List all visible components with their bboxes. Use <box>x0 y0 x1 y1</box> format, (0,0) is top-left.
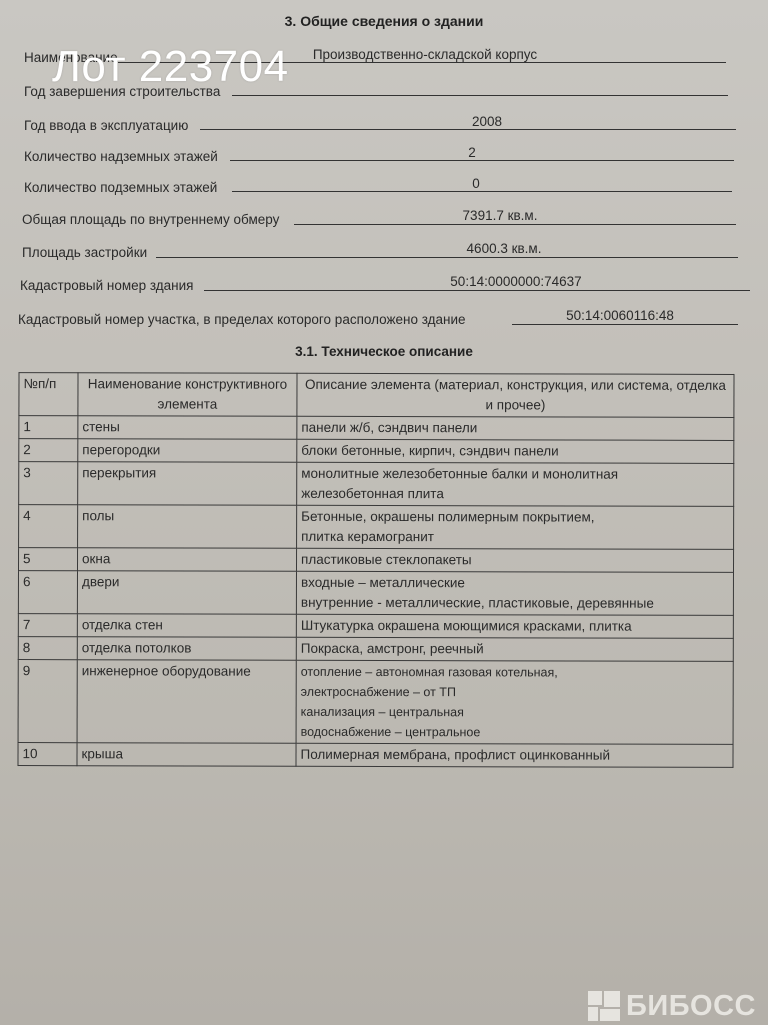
row-number: 10 <box>18 743 77 766</box>
row-element-name: стены <box>78 416 297 440</box>
row-description: отопление – автономная газовая котельная… <box>296 660 733 744</box>
row-element-name: окна <box>77 548 296 572</box>
field-label: Год ввода в эксплуатацию <box>24 118 188 133</box>
row-number: 3 <box>19 462 78 505</box>
field-value: 2 <box>372 145 572 160</box>
row-description: Полимерная мембрана, профлист оцинкованн… <box>296 743 733 767</box>
description-line: пластиковые стеклопакеты <box>301 550 729 571</box>
field-label: Количество надземных этажей <box>24 149 218 164</box>
field-value: 50:14:0060116:48 <box>520 308 720 323</box>
field-label: Общая площадь по внутреннему обмеру <box>22 212 279 227</box>
row-element-name: перекрытия <box>78 462 297 506</box>
row-element-name: полы <box>78 505 297 549</box>
subsection-title: 3.1. Техническое описание <box>0 344 768 359</box>
table-row: 5окнапластиковые стеклопакеты <box>18 548 733 573</box>
row-number: 5 <box>18 548 77 571</box>
field-underline <box>204 290 750 291</box>
row-description: входные – металлическиевнутренние - мета… <box>296 571 733 615</box>
row-number: 4 <box>19 505 78 548</box>
field-value: 7391.7 кв.м. <box>400 208 600 223</box>
field-underline <box>232 191 732 192</box>
description-line: плитка керамогранит <box>301 527 729 548</box>
description-line: отопление – автономная газовая котельная… <box>301 662 729 683</box>
biboss-logo: БИБОСС <box>588 991 756 1021</box>
field-underline <box>232 95 728 96</box>
field-above-ground-floors: Количество надземных этажей 2 <box>0 149 768 171</box>
lot-watermark: Лот 223704 <box>52 42 289 92</box>
row-number: 1 <box>19 416 78 439</box>
field-underline <box>230 160 734 161</box>
field-underline <box>512 324 738 325</box>
field-underline <box>200 129 736 130</box>
description-line: Штукатурка окрашена моющимися красками, … <box>301 616 729 637</box>
row-number: 8 <box>18 637 77 660</box>
table-row: 6дверивходные – металлическиевнутренние … <box>18 571 733 616</box>
technical-description-table: №п/п Наименование конструктивного элемен… <box>17 372 734 768</box>
description-line: блоки бетонные, кирпич, сэндвич панели <box>301 441 729 462</box>
table-row: 10крышаПолимерная мембрана, профлист оци… <box>18 743 733 768</box>
description-line: внутренние - металлические, пластиковые,… <box>301 593 729 614</box>
table-row: 3перекрытиямонолитные железобетонные бал… <box>19 462 734 507</box>
table-row: 2перегородкиблоки бетонные, кирпич, сэнд… <box>19 439 734 464</box>
description-line: монолитные железобетонные балки и моноли… <box>301 464 729 485</box>
table-header-row: №п/п Наименование конструктивного элемен… <box>19 373 734 418</box>
description-line: электроснабжение – от ТП <box>301 682 729 703</box>
description-line: панели ж/б, сэндвич панели <box>301 418 729 439</box>
field-built-area: Площадь застройки 4600.3 кв.м. <box>0 245 768 267</box>
row-description: Штукатурка окрашена моющимися красками, … <box>296 614 733 638</box>
row-description: панели ж/б, сэндвич панели <box>297 416 734 440</box>
field-underground-floors: Количество подземных этажей 0 <box>0 180 768 202</box>
table-row: 4полыБетонные, окрашены полимерным покры… <box>19 505 734 550</box>
field-value: Производственно-складской корпус <box>290 47 560 62</box>
description-line: Полимерная мембрана, профлист оцинкованн… <box>300 745 728 766</box>
field-underline <box>294 224 736 225</box>
field-value: 2008 <box>387 114 587 129</box>
description-line: Бетонные, окрашены полимерным покрытием, <box>301 507 729 528</box>
field-value: 4600.3 кв.м. <box>404 241 604 256</box>
field-land-cadastral: Кадастровый номер участка, в пределах ко… <box>0 312 768 334</box>
field-label: Площадь застройки <box>22 245 147 260</box>
section-title: 3. Общие сведения о здании <box>0 13 768 29</box>
field-underline <box>156 257 738 258</box>
row-element-name: инженерное оборудование <box>77 660 296 744</box>
table-row: 8отделка потолковПокраска, амстронг, рее… <box>18 637 733 662</box>
field-total-area: Общая площадь по внутреннему обмеру 7391… <box>0 212 768 234</box>
field-label: Кадастровый номер здания <box>20 278 193 293</box>
row-description: Бетонные, окрашены полимерным покрытием,… <box>297 505 734 549</box>
row-number: 6 <box>18 571 77 614</box>
header-number: №п/п <box>19 373 78 416</box>
logo-text: БИБОСС <box>626 991 756 1021</box>
table-row: 7отделка стенШтукатурка окрашена моющими… <box>18 614 733 639</box>
row-element-name: перегородки <box>78 439 297 463</box>
description-line: железобетонная плита <box>301 484 729 505</box>
row-element-name: крыша <box>77 743 296 767</box>
row-number: 2 <box>19 439 78 462</box>
table-row: 9инженерное оборудованиеотопление – авто… <box>18 660 733 745</box>
header-element-name: Наименование конструктивного элемента <box>78 373 297 417</box>
field-value: 50:14:0000000:74637 <box>396 274 636 289</box>
row-description: пластиковые стеклопакеты <box>296 548 733 572</box>
description-line: водоснабжение – центральное <box>301 722 729 743</box>
row-element-name: отделка потолков <box>77 637 296 661</box>
row-number: 9 <box>18 660 77 743</box>
row-description: блоки бетонные, кирпич, сэндвич панели <box>297 439 734 463</box>
field-commission-year: Год ввода в эксплуатацию 2008 <box>0 118 768 140</box>
header-description: Описание элемента (материал, конструкция… <box>297 373 734 417</box>
description-line: канализация – центральная <box>301 702 729 723</box>
row-element-name: двери <box>77 571 296 615</box>
field-building-cadastral: Кадастровый номер здания 50:14:0000000:7… <box>0 278 768 300</box>
row-number: 7 <box>18 614 77 637</box>
description-line: входные – металлические <box>301 573 729 594</box>
field-value: 0 <box>376 176 576 191</box>
row-element-name: отделка стен <box>77 614 296 638</box>
description-line: Покраска, амстронг, реечный <box>301 639 729 660</box>
table-row: 1стеныпанели ж/б, сэндвич панели <box>19 416 734 441</box>
biboss-logo-icon <box>588 991 622 1021</box>
row-description: Покраска, амстронг, реечный <box>296 637 733 661</box>
document-page: 3. Общие сведения о здании Наименование … <box>0 0 768 1025</box>
row-description: монолитные железобетонные балки и моноли… <box>297 462 734 506</box>
field-label: Количество подземных этажей <box>24 180 217 195</box>
field-label: Кадастровый номер участка, в пределах ко… <box>18 312 466 327</box>
